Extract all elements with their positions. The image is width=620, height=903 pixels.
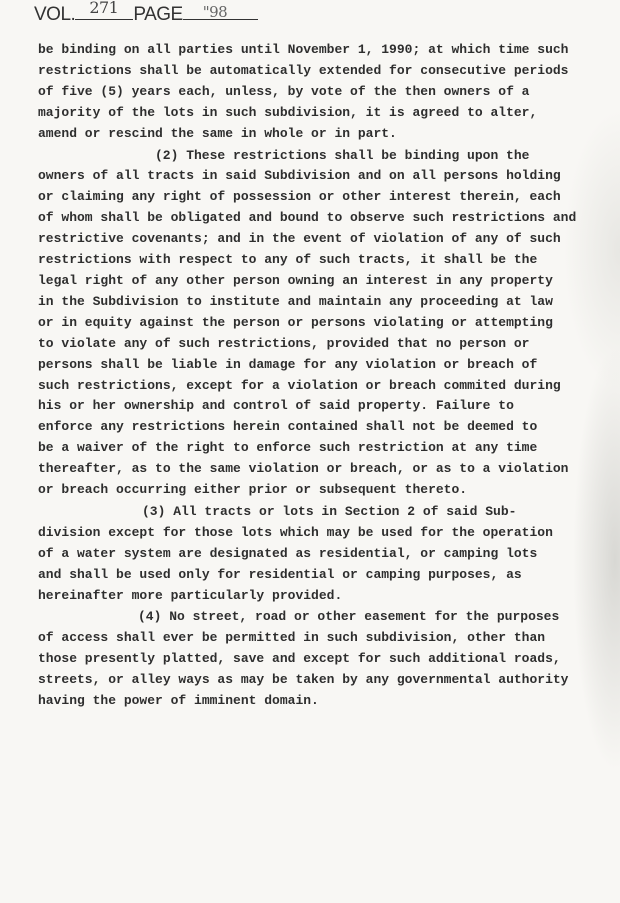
paragraph-section-3: (3) All tracts or lots in Section 2 of s… <box>38 502 613 607</box>
text-line: those presently platted, save and except… <box>38 649 613 670</box>
text-line: be a waiver of the right to enforce such… <box>38 438 613 459</box>
text-line: persons shall be liable in damage for an… <box>38 355 613 376</box>
text-line: his or her ownership and control of said… <box>38 396 613 417</box>
text-line: division except for those lots which may… <box>38 523 613 544</box>
text-line: or claiming any right of possession or o… <box>38 187 613 208</box>
text-line: amend or rescind the same in whole or in… <box>38 124 613 145</box>
text-line: of five (5) years each, unless, by vote … <box>38 82 613 103</box>
text-line: having the power of imminent domain. <box>38 691 613 712</box>
page-label: PAGE <box>133 4 182 25</box>
text-line: restrictions with respect to any of such… <box>38 250 613 271</box>
text-line: or in equity against the person or perso… <box>38 313 613 334</box>
text-line: restrictions shall be automatically exte… <box>38 61 613 82</box>
text-line: enforce any restrictions herein containe… <box>38 417 613 438</box>
vol-number: 271 <box>89 0 118 17</box>
text-line: restrictive covenants; and in the event … <box>38 229 613 250</box>
page-number: "98 <box>203 3 228 21</box>
section-heading-line: (2) These restrictions shall be binding … <box>38 146 613 167</box>
text-line: or breach occurring either prior or subs… <box>38 480 613 501</box>
volume-page-header: VOL.271PAGE"98 <box>34 4 258 26</box>
text-line: majority of the lots in such subdivision… <box>38 103 613 124</box>
text-line: and shall be used only for residential o… <box>38 565 613 586</box>
paragraph-section-2: (2) These restrictions shall be binding … <box>38 146 613 501</box>
text-line: legal right of any other person owning a… <box>38 271 613 292</box>
text-line: streets, or alley ways as may be taken b… <box>38 670 613 691</box>
section-heading-line: (3) All tracts or lots in Section 2 of s… <box>38 502 613 523</box>
text-line: such restrictions, except for a violatio… <box>38 376 613 397</box>
section-heading-line: (4) No street, road or other easement fo… <box>38 607 613 628</box>
text-line: owners of all tracts in said Subdivision… <box>38 166 613 187</box>
text-line: thereafter, as to the same violation or … <box>38 459 613 480</box>
text-line: of access shall ever be permitted in suc… <box>38 628 613 649</box>
document-body: be binding on all parties until November… <box>38 40 613 712</box>
text-line: of whom shall be obligated and bound to … <box>38 208 613 229</box>
vol-label: VOL. <box>34 4 75 25</box>
paragraph-section-4: (4) No street, road or other easement fo… <box>38 607 613 712</box>
page-blank: "98 <box>183 5 258 20</box>
vol-blank: 271 <box>75 5 133 20</box>
text-line: in the Subdivision to institute and main… <box>38 292 613 313</box>
text-line: be binding on all parties until November… <box>38 40 613 61</box>
text-line: hereinafter more particularly provided. <box>38 586 613 607</box>
text-line: to violate any of such restrictions, pro… <box>38 334 613 355</box>
paragraph-continuation: be binding on all parties until November… <box>38 40 613 145</box>
text-line: of a water system are designated as resi… <box>38 544 613 565</box>
